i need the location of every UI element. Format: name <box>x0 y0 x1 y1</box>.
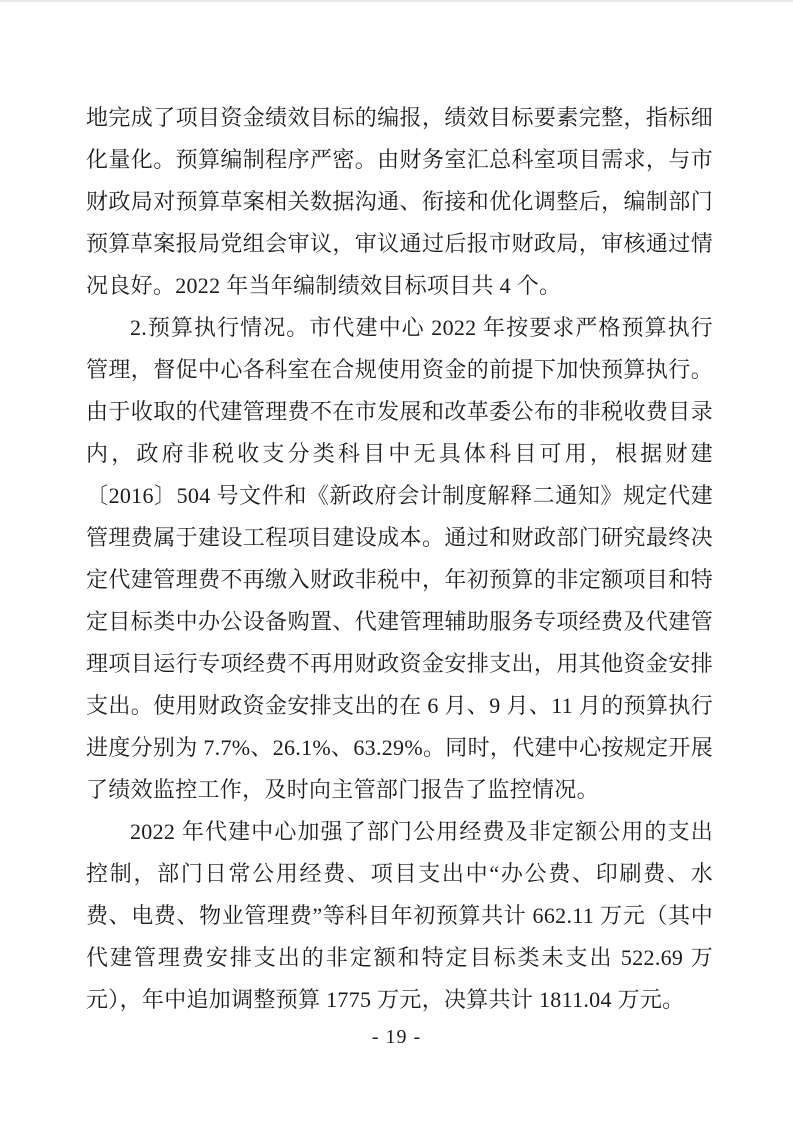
document-body: 地完成了项目资金绩效目标的编报，绩效目标要素完整，指标细化量化。预算编制程序严密… <box>86 97 713 1021</box>
paragraph-continuation: 地完成了项目资金绩效目标的编报，绩效目标要素完整，指标细化量化。预算编制程序严密… <box>86 97 713 307</box>
scan-edge-artifact <box>0 0 793 2</box>
document-page: 地完成了项目资金绩效目标的编报，绩效目标要素完整，指标细化量化。预算编制程序严密… <box>0 0 793 1122</box>
paragraph-expense-control: 2022 年代建中心加强了部门公用经费及非定额公用的支出控制，部门日常公用经费、… <box>86 811 713 1021</box>
paragraph-budget-execution: 2.预算执行情况。市代建中心 2022 年按要求严格预算执行管理，督促中心各科室… <box>86 307 713 811</box>
page-number: - 19 - <box>0 1022 793 1052</box>
